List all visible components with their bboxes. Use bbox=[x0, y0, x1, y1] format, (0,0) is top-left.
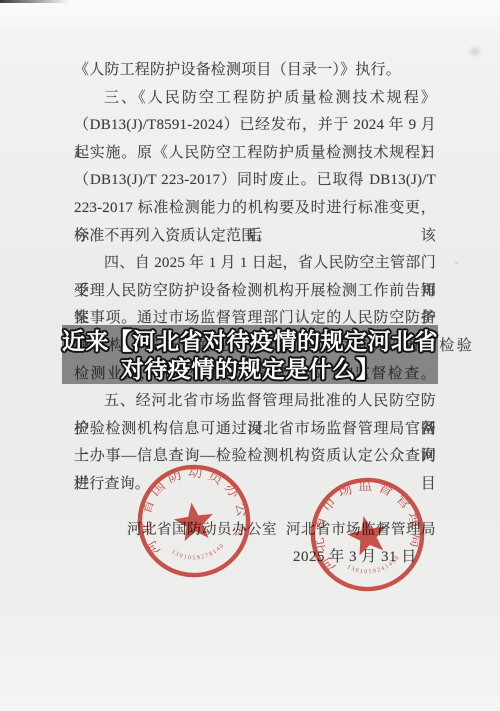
caption-overlay-banner: 近来【河北省对待疫情的规定河北省 对待疫情的规定是什么】 bbox=[62, 325, 438, 384]
doc-line: 检验检测机构信息可通过河北省市场监督管理局官网一网 bbox=[74, 416, 436, 444]
doc-line: 起实施。原《人民防空工程防护质量检测技术规程》 bbox=[74, 140, 436, 168]
doc-line: （DB13(J)/T8591-2024）已经发布，并于 2024 年 9 月 1… bbox=[74, 112, 436, 140]
doc-line: 上办事—信息查询—检验检测机构资质认定公众查询栏目 bbox=[74, 443, 436, 471]
seal-star bbox=[172, 500, 216, 542]
scan-edge-artifact bbox=[0, 0, 70, 3]
doc-line: 三、《人民防空工程防护质量检测技术规程》 bbox=[74, 85, 436, 113]
doc-line: （DB13(J)/T 223-2017）同时废止。已取得 DB13(J)/T bbox=[74, 167, 436, 195]
doc-line: 四、自 2025 年 1 月 1 日起，省人民防空主管部门不再 bbox=[74, 250, 436, 278]
doc-line: 《人防工程防护设备检测项目（目录一）》执行。 bbox=[74, 57, 436, 85]
scanned-document-page: 《人防工程防护设备检测项目（目录一）》执行。 三、《人民防空工程防护质量检测技术… bbox=[0, 0, 500, 711]
document-body: 《人防工程防护设备检测项目（目录一）》执行。 三、《人民防空工程防护质量检测技术… bbox=[74, 57, 436, 499]
official-seal-defense-mobilization: 河北省国防动员办公室 1301059278140 bbox=[127, 454, 260, 587]
scan-smudge bbox=[470, 48, 480, 55]
seal-code: 1301059241468 bbox=[345, 553, 404, 580]
svg-text:1301059241468: 1301059241468 bbox=[345, 553, 404, 580]
caption-line-1: 近来【河北省对待疫情的规定河北省 bbox=[62, 327, 438, 355]
seal-code: 1301059278140 bbox=[169, 542, 227, 565]
doc-line: 受理人民防空防护设备检测机构开展检测工作前告知性备 bbox=[74, 278, 436, 306]
doc-line: 223-2017 标准检测能力的机构要及时进行标准变更，今后该 bbox=[74, 195, 436, 223]
official-seal-market-regulation: 河北省市场监督管理局 1301059241468 bbox=[297, 464, 438, 605]
caption-line-2: 对待疫情的规定是什么】 bbox=[121, 355, 380, 383]
seal-star bbox=[344, 512, 391, 557]
scan-speck bbox=[455, 262, 458, 264]
doc-line: 五、经河北省市场监督管理局批准的人民防空防护设备 bbox=[74, 388, 436, 416]
svg-text:1301059278140: 1301059278140 bbox=[169, 542, 227, 565]
